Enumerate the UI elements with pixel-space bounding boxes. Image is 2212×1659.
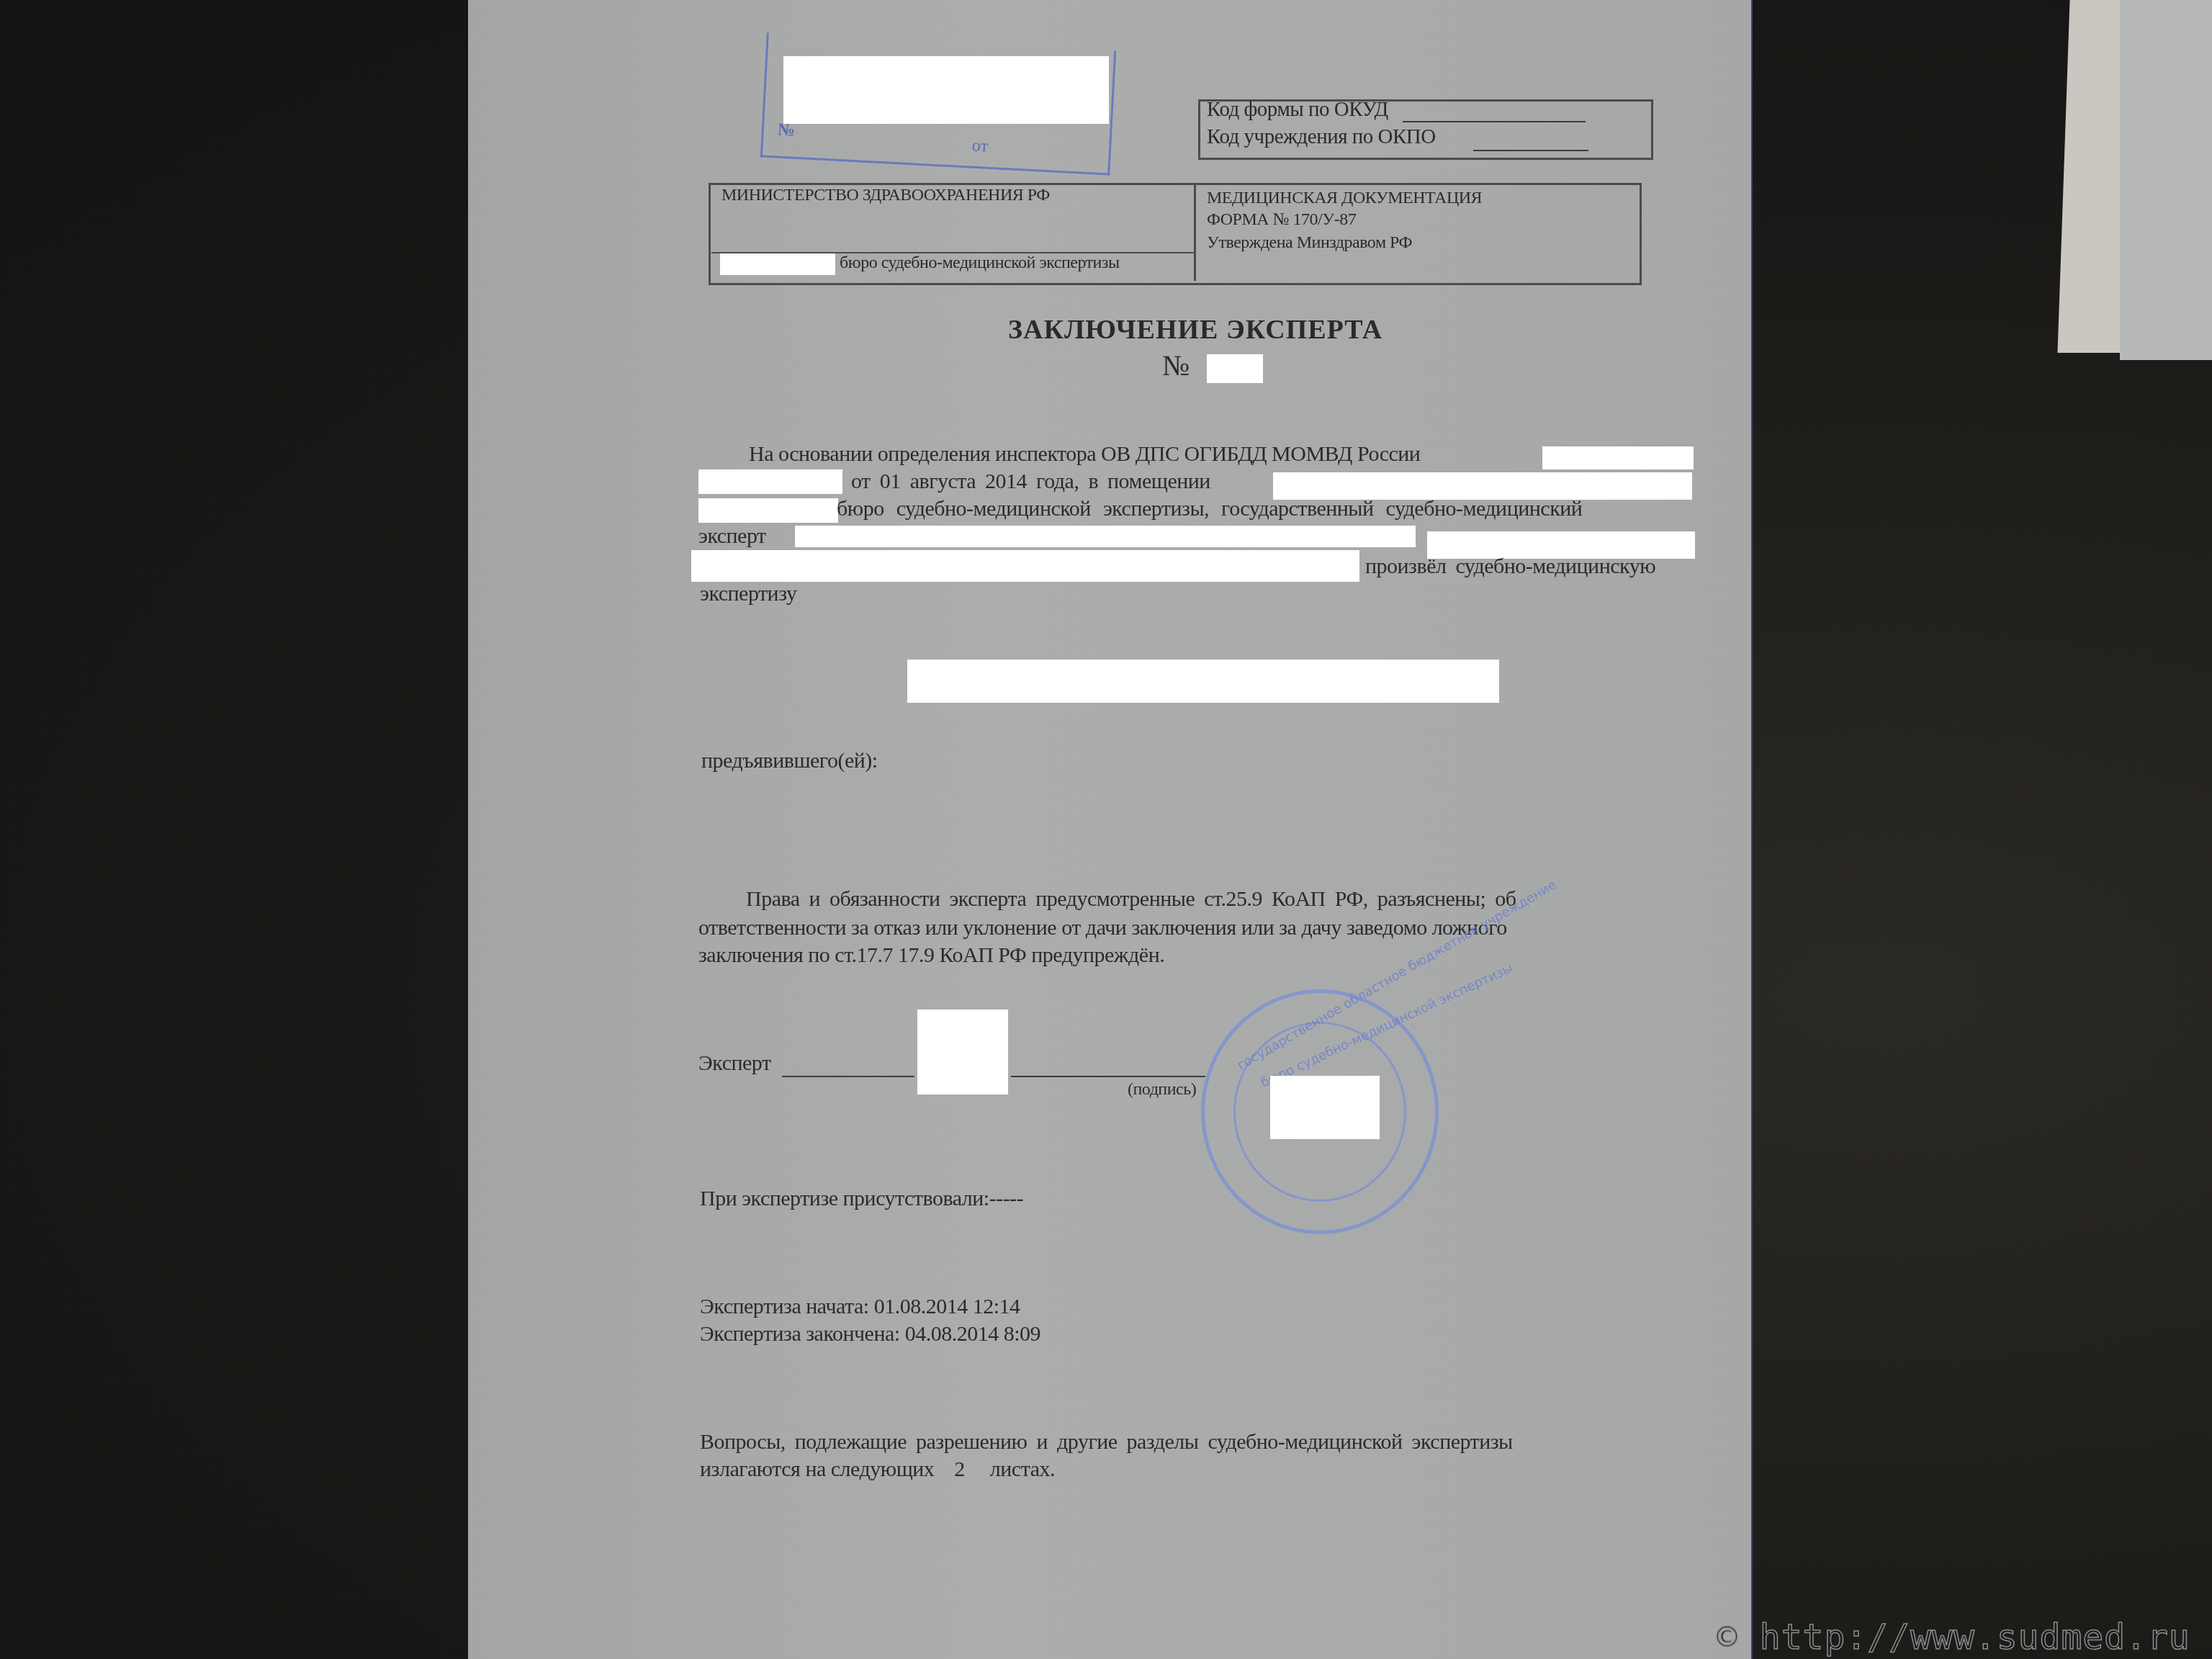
rights-line-2: ответственности за отказ или уклонение о… xyxy=(698,916,1507,940)
header-divider xyxy=(1194,184,1196,281)
questions-line-1: Вопросы, подлежащие разрешению и другие … xyxy=(700,1430,1513,1455)
rights-line-3: заключения по ст.17.7 17.9 КоАП РФ преду… xyxy=(698,943,1164,968)
watermark-text: © http://www.sudmed.ru xyxy=(1717,1617,2190,1658)
redaction-region xyxy=(698,469,842,494)
rights-line-1: Права и обязанности эксперта предусмотре… xyxy=(746,887,1516,912)
signature-line-right xyxy=(1011,1076,1205,1077)
presented-label: предъявившего(ей): xyxy=(701,749,878,773)
stamp-from-label: от xyxy=(971,136,989,156)
intro-line-6: экспертизу xyxy=(700,582,796,606)
redaction-region xyxy=(1273,472,1692,500)
intro-line-5: произвёл судебно-медицинскую xyxy=(1365,554,1655,579)
redaction-region xyxy=(698,498,838,523)
number-label: № xyxy=(1162,349,1190,382)
doc-type-label: МЕДИЦИНСКАЯ ДОКУМЕНТАЦИЯ xyxy=(1207,189,1482,208)
redaction-number xyxy=(1207,354,1263,383)
expertise-ended: Экспертиза закончена: 04.08.2014 8:09 xyxy=(700,1322,1040,1346)
intro-line-2: от 01 августа 2014 года, в помещении xyxy=(851,469,1210,494)
background-paper-2 xyxy=(2120,0,2212,360)
okpo-line xyxy=(1473,150,1588,151)
form-number-label: ФОРМА № 170/У-87 xyxy=(1207,210,1356,230)
intro-line-1: На основании определения инспектора ОВ Д… xyxy=(749,442,1420,467)
approved-label: Утверждена Минздравом РФ xyxy=(1207,233,1412,253)
redaction-region xyxy=(691,550,1359,582)
questions-line-2: излагаются на следующих 2 листах. xyxy=(700,1457,1055,1482)
intro-line-3: бюро судебно-медицинской экспертизы, гос… xyxy=(837,497,1582,521)
redaction-signature xyxy=(917,1010,1008,1094)
redaction-region xyxy=(1542,446,1694,469)
intro-line-4: эксперт xyxy=(698,524,766,549)
okpo-label: Код учреждения по ОКПО xyxy=(1207,125,1436,149)
redaction-subject-name xyxy=(907,660,1499,703)
redaction-region xyxy=(720,253,835,275)
redaction-region xyxy=(795,526,1416,547)
present-label: При экспертизе присутствовали:----- xyxy=(700,1187,1023,1211)
okud-line xyxy=(1403,121,1586,122)
okud-label: Код формы по ОКУД xyxy=(1207,98,1388,122)
ministry-label: МИНИСТЕРСТВО ЗДРАВООХРАНЕНИЯ РФ xyxy=(721,186,1050,205)
expertise-started: Экспертиза начата: 01.08.2014 12:14 xyxy=(700,1295,1020,1319)
bureau-label: бюро судебно-медицинской экспертизы xyxy=(840,253,1120,273)
expert-label: Эксперт xyxy=(698,1051,771,1076)
signature-caption: (подпись) xyxy=(1128,1080,1196,1100)
redaction-stamp xyxy=(783,56,1109,124)
signature-line-left xyxy=(782,1076,914,1077)
redaction-seal xyxy=(1270,1076,1380,1139)
document-title: ЗАКЛЮЧЕНИЕ ЭКСПЕРТА xyxy=(1008,314,1382,346)
